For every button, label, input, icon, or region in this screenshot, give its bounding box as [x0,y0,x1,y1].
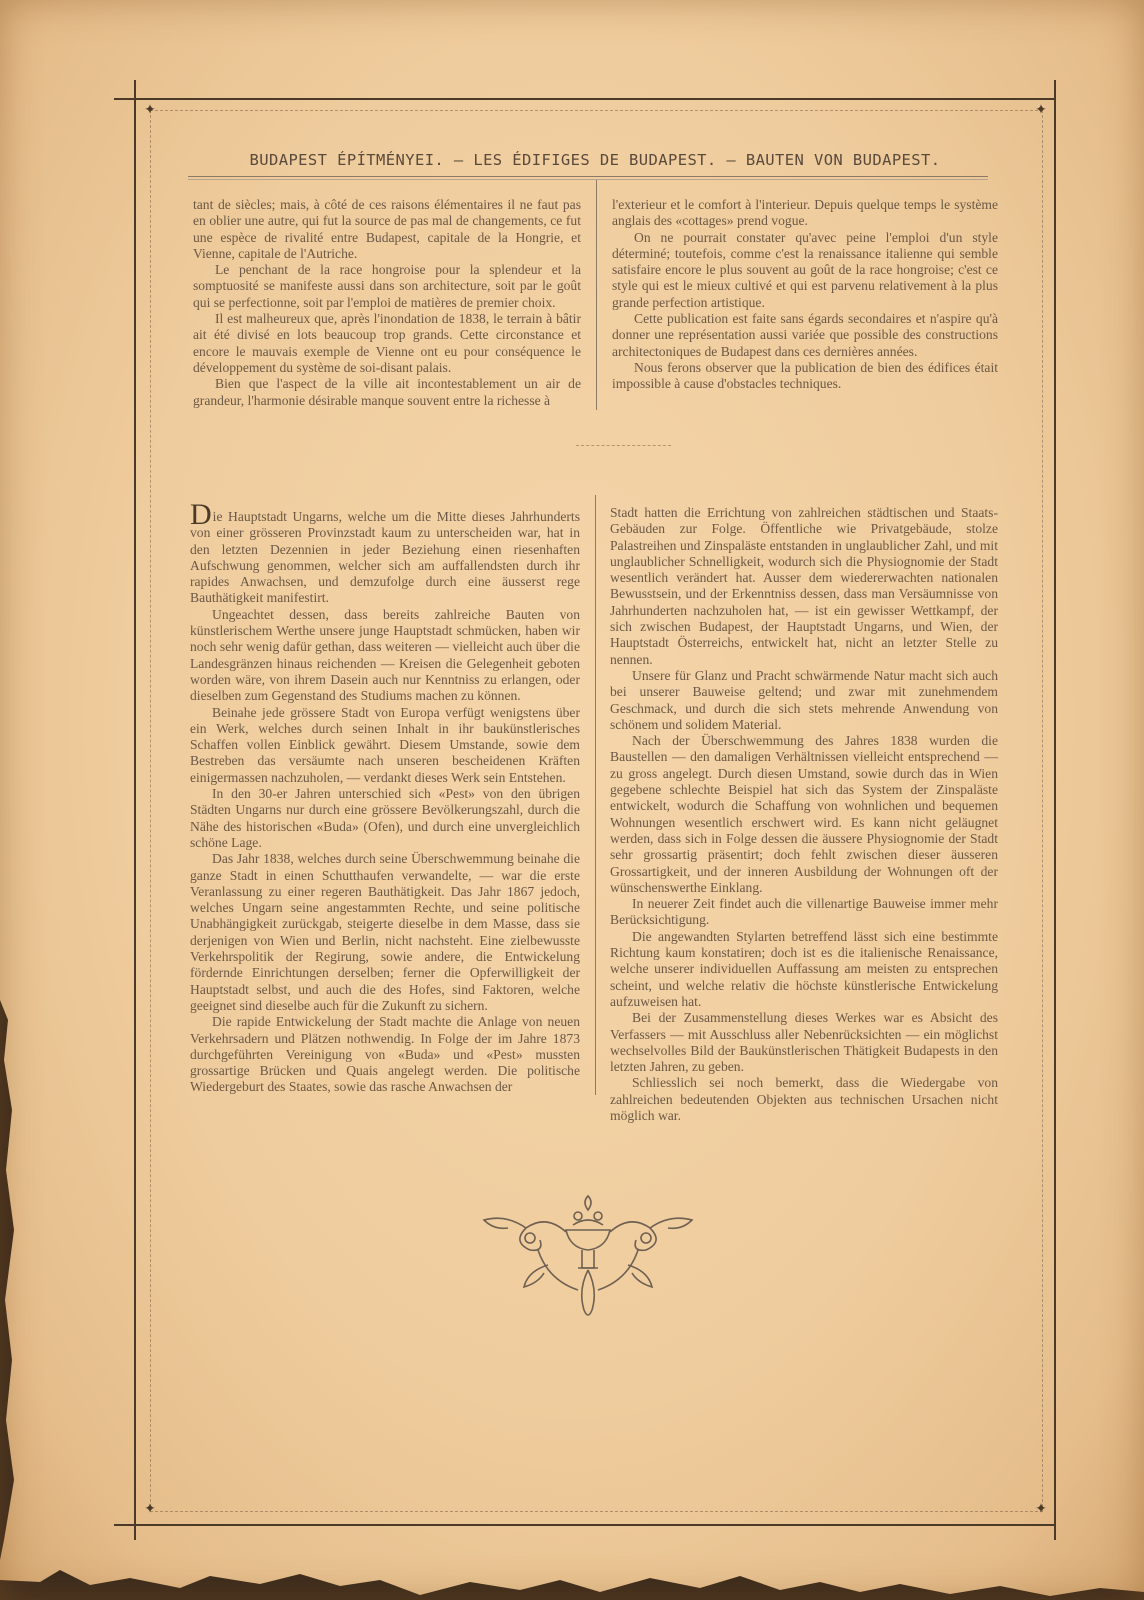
header-rule [188,176,988,180]
drop-cap: D [190,498,212,531]
paragraph: Le penchant de la race hongroise pour la… [193,262,581,311]
paragraph: Unsere für Glanz und Pracht schwärmende … [610,668,998,733]
paragraph: l'exterieur et le comfort à l'interieur.… [612,197,998,230]
paragraph: tant de siècles; mais, à côté de ces rai… [193,197,581,262]
paragraph: In neuerer Zeit findet auch die villenar… [610,896,998,929]
torn-paper-edge [0,1000,22,1560]
paragraph: Die Hauptstadt Ungarns, welche um die Mi… [190,505,580,607]
paragraph: Die angewandten Stylarten betreffend läs… [610,929,998,1010]
bottom-rule [114,1524,1056,1526]
paper-page: ✦ ✦ ✦ ✦ BUDAPEST ÉPÍTMÉNYEI. — LES ÉDIFI… [0,0,1144,1600]
corner-ornament-icon: ✦ [143,104,157,118]
corner-ornament-icon: ✦ [143,1503,157,1517]
paragraph: Ungeachtet dessen, dass bereits zahlreic… [190,607,580,705]
column-divider [595,495,596,1095]
german-column-right: Stadt hatten die Errichtung von zahlreic… [610,505,998,1124]
paragraph: Die rapide Entwickelung der Stadt machte… [190,1014,580,1095]
paragraph: Nous ferons observer que la publication … [612,360,998,393]
paragraph: Das Jahr 1838, welches durch seine Übers… [190,851,580,1014]
section-separator [576,445,671,448]
corner-ornament-icon: ✦ [1034,104,1048,118]
column-divider [596,180,597,410]
paragraph: Nach der Überschwemmung des Jahres 1838 … [610,733,998,896]
torn-paper-edge [0,1540,1144,1600]
paragraph: Bei der Zusammenstellung dieses Werkes w… [610,1010,998,1075]
paragraph: On ne pourrait constater qu'avec peine l… [612,230,998,311]
paragraph: Il est malheureux que, après l'inondatio… [193,311,581,376]
paragraph: Beinahe jede grössere Stadt von Europa v… [190,705,580,786]
french-column-right: l'exterieur et le comfort à l'interieur.… [612,197,998,393]
right-rule [1054,80,1056,1540]
page-title: BUDAPEST ÉPÍTMÉNYEI. — LES ÉDIFIGES DE B… [150,151,1040,169]
left-rule [134,80,136,1540]
paragraph: Stadt hatten die Errichtung von zahlreic… [610,505,998,668]
german-column-left: Die Hauptstadt Ungarns, welche um die Mi… [190,505,580,1096]
paragraph: Schliesslich sei noch bemerkt, dass die … [610,1075,998,1124]
paragraph: In den 30-er Jahren unterschied sich «Pe… [190,786,580,851]
top-rule [114,98,1056,100]
paragraph: Bien que l'aspect de la ville ait incont… [193,376,581,409]
corner-ornament-icon: ✦ [1034,1503,1048,1517]
urn-scroll-ornament-icon [478,1190,698,1330]
paragraph: Cette publication est faite sans égards … [612,311,998,360]
french-column-left: tant de siècles; mais, à côté de ces rai… [193,197,581,409]
